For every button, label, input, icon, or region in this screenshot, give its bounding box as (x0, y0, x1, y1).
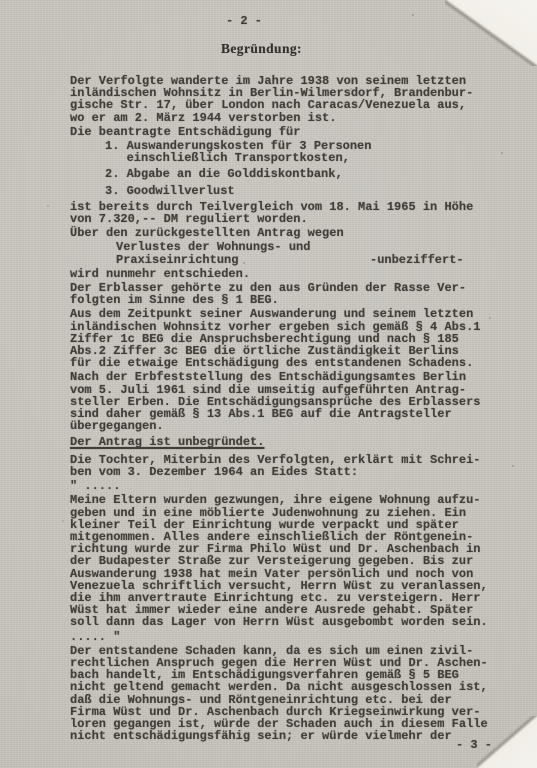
paragraph-persecution-status: Der Erblasser gehörte zu den aus Gründen… (70, 282, 500, 306)
claim-item-1: 1. Auswanderungskosten für 3 Personen ei… (105, 140, 500, 164)
paragraph-settlement: ist bereits durch Teilvergleich vom 18. … (70, 201, 500, 225)
affidavit-quote: Meine Eltern wurden gezwungen, ihre eige… (70, 494, 500, 628)
paragraph-daughter-affidavit: Die Tochter, Miterbin des Verfolgten, er… (70, 454, 500, 478)
folded-corner-top-right (445, 0, 537, 66)
scanned-page: - 2 - Begründung: Der Verfolgte wanderte… (0, 0, 537, 768)
paragraph-claim-intro: Die beantragte Entschädigung für (70, 126, 500, 138)
quote-open-mark: " ..... (70, 480, 500, 492)
paragraph-decision: wird nunmehr entschieden. (70, 268, 500, 280)
paragraph-emigration: Der Verfolgte wanderte im Jahre 1938 von… (70, 75, 500, 124)
quote-close-mark: ..... " (70, 631, 500, 643)
section-heading: Begründung: (221, 43, 302, 55)
folded-corner-bottom-right (477, 716, 537, 768)
claim-item-3: 3. Goodwillverlust (105, 185, 500, 197)
unquantified-note: -unbeziffert- (370, 254, 464, 266)
document-body: Der Verfolgte wanderte im Jahre 1938 von… (70, 75, 500, 744)
paragraph-jurisdiction: Aus dem Zeitpunkt seiner Auswanderung un… (70, 308, 500, 369)
heading-claim-unfounded: Der Antrag ist unbegründet. (70, 436, 500, 448)
paragraph-legal-assessment: Der entstandene Schaden kann, da es sich… (70, 645, 500, 743)
deferred-claim-block: Verlustes der Wohnungs- und Praxiseinric… (116, 241, 500, 265)
page-number-top: - 2 - (226, 15, 262, 27)
paragraph-deferred-intro: Über den zurückgestellten Antrag wegen (70, 227, 500, 239)
claims-list: 1. Auswanderungskosten für 3 Personen ei… (70, 140, 500, 197)
claim-item-2: 2. Abgabe an die Golddiskontbank, (105, 168, 500, 180)
paragraph-inheritance: Nach der Erbfeststellung des Entschädigu… (70, 371, 500, 432)
